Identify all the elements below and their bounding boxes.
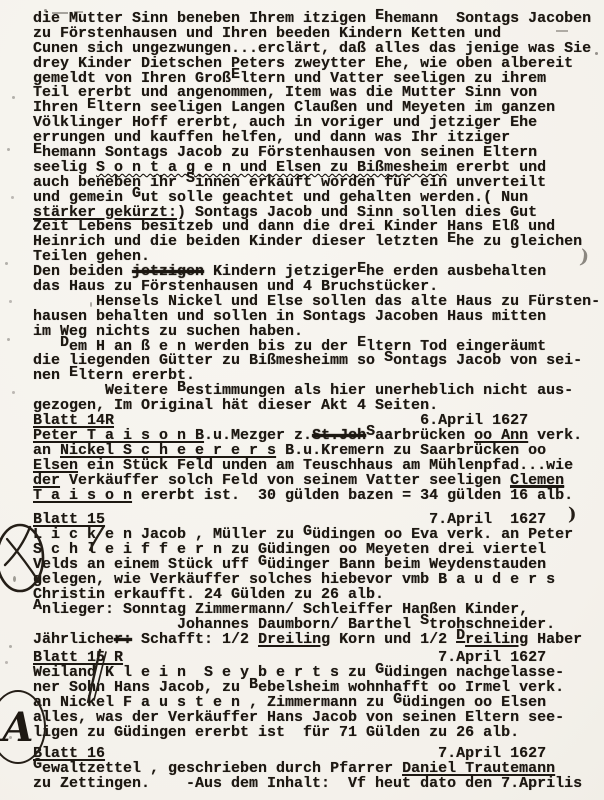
stray-dash [74,11,83,13]
text-segment: S [366,423,375,440]
text-segment: E [231,66,240,83]
stray-speck [7,148,10,151]
stray-speck [12,391,15,394]
text-line: T a i s o n ererbt ist. 30 gülden bazen … [33,489,600,504]
text-line: Jährlicher: Schafft: 1/2 Dreiling Korn u… [33,633,600,648]
text-segment: E [375,7,384,24]
text-segment: E [33,141,42,158]
text-segment: r: [114,631,132,648]
text-segment: S [420,612,429,629]
stray-speck [97,44,99,49]
text-segment: ligen zu Güdingen ererbt ist für 71 Güld… [33,724,519,741]
text-segment: E [357,334,366,351]
text-segment: E [87,96,96,113]
circled-cross-mark [0,520,50,596]
handwritten-double-slash-icon [84,648,110,706]
text-segment: ererbt ist. 30 gülden bazen = 34 gülden [132,487,510,504]
text-segment: E [447,230,456,247]
paren-annotation: ) [568,504,577,525]
text-segment: G [258,553,267,570]
stray-speck [9,645,12,648]
text-line: ligen zu Güdingen ererbt ist für 71 Güld… [33,726,600,741]
text-segment: Dreiling [258,631,330,648]
text-segment: B [249,676,258,693]
stray-speck [5,262,8,265]
text-segment: . [564,487,573,504]
stray-speck [7,338,10,341]
text-segment: B [177,379,186,396]
stray-speck [11,196,14,199]
text-segment: S [384,349,393,366]
text-segment: D [456,627,465,644]
text-segment: G [132,185,141,202]
stray-dash [52,12,68,14]
stray-dash [556,30,568,32]
text-segment: E [357,260,366,277]
stray-speck [90,302,92,307]
text-segment: ontags Jacob von sei- [393,352,582,369]
typewritten-page: die Mutter Sinn beneben Ihrem itzigen Eh… [0,0,604,800]
circled-letter: A [2,704,33,751]
stray-speck [88,224,90,229]
text-segment: Schafft: 1/2 [132,631,258,648]
text-segment: Jährliche [33,631,114,648]
text-segment: S [186,170,195,187]
text-segment: G [375,661,384,678]
text-segment: G [33,756,42,773]
text-segment: 16 alb [510,487,564,504]
stray-speck [12,96,15,99]
text-segment: zu Zettingen. -Aus dem Inhalt: Vf heut d… [33,775,582,792]
text-segment: E [69,364,78,381]
document-text: die Mutter Sinn beneben Ihrem itzigen Eh… [33,12,600,791]
stray-speck [13,576,16,582]
stray-speck [5,661,8,664]
text-segment: G [393,691,402,708]
text-segment: Haber [528,631,582,648]
text-segment: reiling [465,631,528,648]
stray-speck [9,300,12,303]
text-segment: T a i s o n [33,487,132,504]
text-segment: he zu gleichen [456,233,582,250]
text-segment: D [60,334,69,351]
text-segment: Korn und 1/2 [330,631,456,648]
handwritten-slash-icon [88,524,108,552]
text-segment: A [33,597,42,614]
stray-speck [9,736,12,739]
stray-speck [44,9,47,12]
stray-speck [595,52,598,55]
text-segment: G [303,523,312,540]
text-line: zu Zettingen. -Aus dem Inhalt: Vf heut d… [33,777,600,792]
